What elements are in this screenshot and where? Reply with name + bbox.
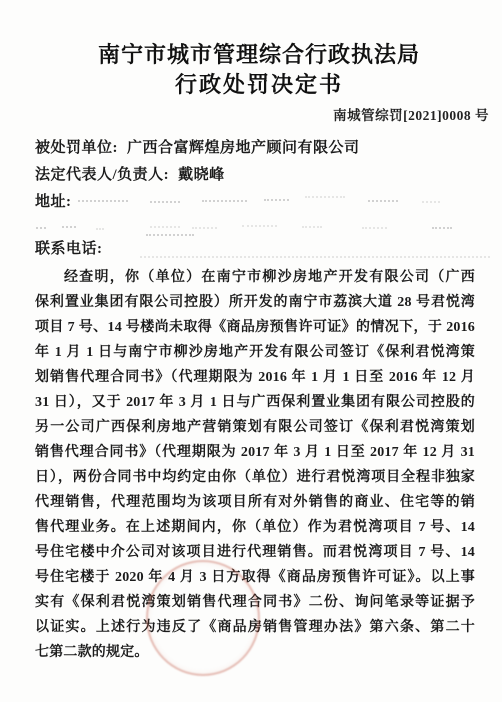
field-legal-representative: 法定代表人/负责人:戴晓峰 <box>35 162 475 189</box>
body-line: 七第二款的规定。 <box>35 640 475 665</box>
field-address: 地址: <box>35 189 475 216</box>
redaction-smudge <box>264 199 289 201</box>
redaction-smudge <box>302 226 322 228</box>
field-penalized-unit: 被处罚单位:广西合富辉煌房地产顾问有限公司 <box>35 135 475 162</box>
body-line: 项目 7 号、14 号楼尚未取得《商品房预售许可证》的情况下，于 2016 <box>35 315 475 340</box>
penalized-unit-value: 广西合富辉煌房地产顾问有限公司 <box>127 140 360 156</box>
body-line: 实有《保利君悦湾策划销售代理合同书》二份、询问笔录等证据予 <box>35 590 475 615</box>
body-line: 号住宅楼于 2020 年 4 月 3 日方取得《商品房预售许可证》。以上事 <box>35 565 475 590</box>
redaction-smudge <box>36 227 46 229</box>
document-number: 南城管综罚[2021]0008 号 <box>0 107 502 125</box>
document-type-title: 行政处罚决定书 <box>0 72 502 98</box>
legal-representative-value: 戴晓峰 <box>178 167 225 183</box>
address-label: 地址: <box>35 194 72 210</box>
phone-label: 联系电话: <box>35 241 103 257</box>
body-line: 日），两份合同书中均约定由你（单位）进行君悦湾项目全程非独家 <box>35 465 475 490</box>
body-line: 代理销售，代理范围均为该项目所有对外销售的商业、住宅等的销 <box>35 490 475 515</box>
body-line: 销售代理合同书》（代理期限为 2017 年 3 月 1 日至 2017 年 12… <box>35 440 475 465</box>
issuing-authority-title: 南宁市城市管理综合行政执法局 <box>0 0 502 68</box>
redaction-smudge <box>422 201 440 203</box>
body-line: 划销售代理合同书》（代理期限为 2016 年 1 月 1 日至 2016 年 1… <box>35 365 475 390</box>
redaction-smudge <box>96 228 104 230</box>
body-line: 年 1 月 1 日与南宁市柳沙房地产开发有限公司签订《保利君悦湾策 <box>35 340 475 365</box>
body-line: 售代理业务。在上述期间内，你（单位）作为君悦湾项目 7 号、14 <box>35 515 475 540</box>
decision-body-paragraph: 经查明，你（单位）在南宁市柳沙房地产开发有限公司（广西 保利置业集团有限公司控股… <box>35 265 475 665</box>
redaction-smudge <box>192 227 217 229</box>
body-line: 号住宅楼中介公司对该项目进行代理销售。而君悦湾项目 7 号、14 <box>35 540 475 565</box>
redaction-smudge <box>146 234 194 236</box>
body-line: 保利置业集团有限公司控股）所开发的南宁市荔滨大道 28 号君悦湾 <box>35 290 475 315</box>
redaction-smudge <box>202 200 247 202</box>
redaction-smudge <box>140 256 490 258</box>
body-line: 以证实。上述行为违反了《商品房销售管理办法》第六条、第二十 <box>35 615 475 640</box>
redaction-smudge <box>150 201 180 203</box>
recipient-info-section: 被处罚单位:广西合富辉煌房地产顾问有限公司 法定代表人/负责人:戴晓峰 地址: … <box>35 135 475 263</box>
body-line: 经查明，你（单位）在南宁市柳沙房地产开发有限公司（广西 <box>35 265 475 290</box>
redaction-smudge <box>362 227 387 229</box>
redaction-smudge <box>78 200 128 202</box>
redaction-smudge <box>62 226 76 228</box>
redaction-smudge <box>368 200 398 202</box>
penalized-unit-label: 被处罚单位: <box>35 140 118 156</box>
body-line: 31 日），又于 2017 年 3 月 1 日与广西保利置业集团有限公司控股的 <box>35 390 475 415</box>
field-phone: 联系电话: <box>35 236 475 263</box>
redaction-smudge <box>432 227 452 229</box>
redaction-smudge <box>242 225 277 227</box>
scanned-penalty-decision-document: 南宁市城市管理综合行政执法局 行政处罚决定书 南城管综罚[2021]0008 号… <box>0 0 502 702</box>
legal-representative-label: 法定代表人/负责人: <box>35 167 169 183</box>
redaction-smudge <box>305 196 345 198</box>
body-line: 另一公司广西保利房地产营销策划有限公司签订《保利君悦湾策划 <box>35 415 475 440</box>
redaction-smudge <box>150 226 180 228</box>
